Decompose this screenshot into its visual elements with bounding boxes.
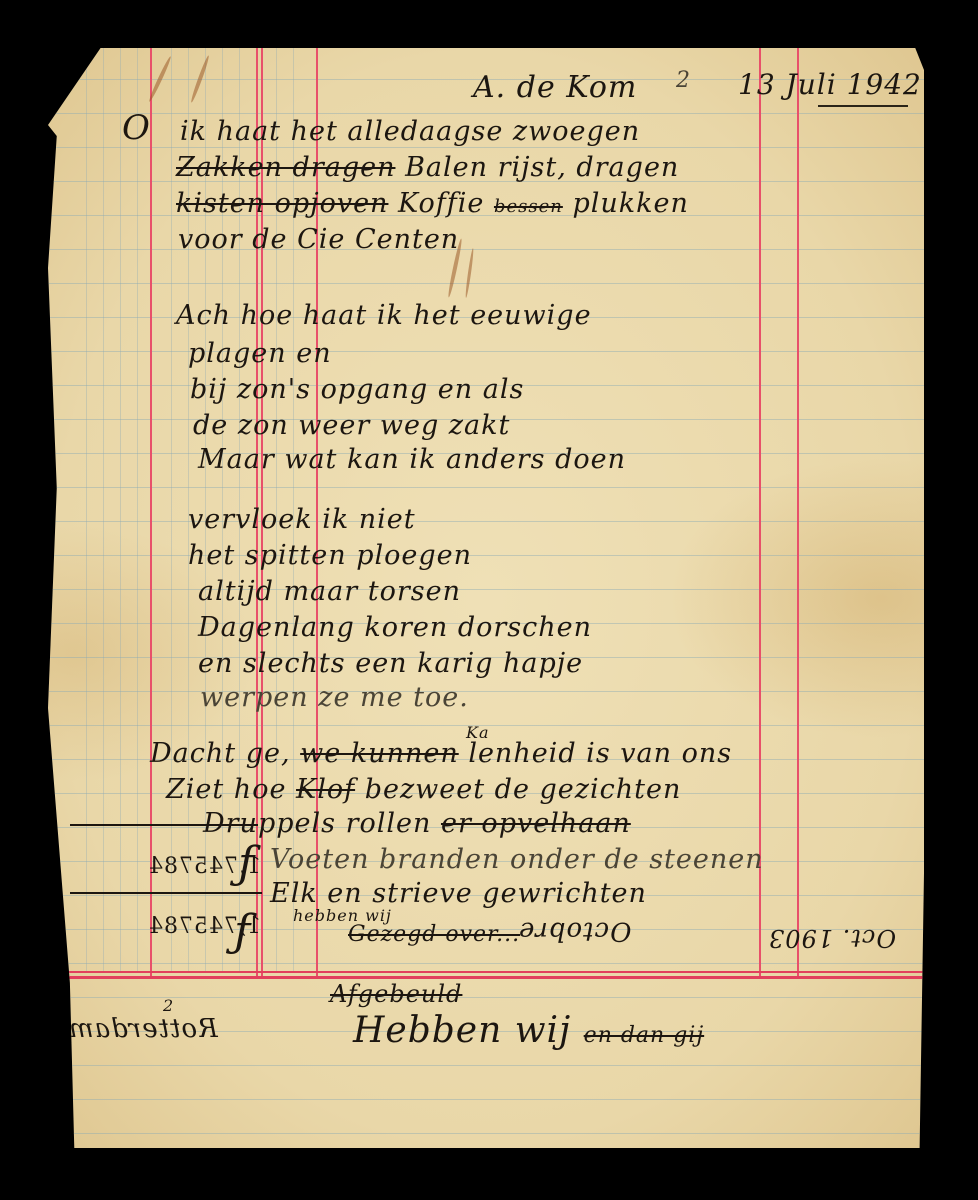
poem-line: Ziet hoe Klof bezweet de gezichten [166, 774, 681, 805]
ruled-line [48, 147, 924, 148]
red-margin-line [150, 48, 152, 977]
upside-down-text: Oct. 1903 [768, 924, 896, 952]
grid-line [86, 48, 87, 972]
red-total-line [48, 976, 924, 979]
ruled-line [48, 555, 924, 556]
ruled-line [48, 487, 924, 488]
ruled-line [48, 997, 924, 998]
poem-line: werpen ze me toe. [200, 682, 469, 713]
red-total-line [48, 971, 924, 973]
line-text: Balen rijst, dragen [405, 152, 679, 183]
struck-text: en dan gij [584, 1023, 704, 1048]
page-number: 2 [676, 68, 691, 93]
ledger-rule [70, 824, 258, 826]
poem-line: voor de Cie Centen [178, 224, 459, 255]
struck-text: bessen [494, 196, 563, 217]
line-text: Koffie [398, 188, 484, 219]
ruled-line [48, 1099, 924, 1100]
poem-line: Ach hoe haat ik het eeuwige [176, 300, 592, 331]
ruled-line [48, 113, 924, 114]
poem-line: en slechts een karig hapje [198, 648, 583, 679]
line-text: Dacht ge, [150, 738, 291, 769]
florin-symbol: ƒ [234, 906, 251, 957]
florin-symbol: ƒ [238, 838, 255, 889]
grid-line [171, 48, 172, 972]
upside-down-text: Octobre [518, 916, 631, 946]
poem-line: Druppels rollen er opvelhaan [203, 808, 631, 839]
ruled-line [48, 691, 924, 692]
poem-line: het spitten ploegen [188, 540, 472, 571]
struck-text: Zakken dragen [176, 152, 395, 183]
red-margin-line [759, 48, 761, 977]
date-underline [818, 105, 908, 107]
date: 13 Juli 1942 [738, 68, 922, 101]
struck-text: we kunnen [300, 738, 459, 769]
ruled-line [48, 589, 924, 590]
manuscript-page: A. de Kom 2 13 Juli 1942 O ik haat het a… [48, 48, 924, 1148]
line-text: lenheid is van ons [468, 738, 732, 769]
ruled-line [48, 351, 924, 352]
grid-line [103, 48, 104, 972]
poem-line: de zon weer weg zakt [193, 410, 510, 441]
poem-line: Dacht ge, we kunnen lenheid is van ons [150, 738, 732, 769]
struck-text: Klof [296, 774, 355, 805]
grid-line [120, 48, 121, 972]
mirrored-word: Rotterdam [68, 1014, 218, 1044]
margin-mark: O [122, 108, 151, 148]
red-margin-line [797, 48, 799, 977]
poem-line: ik haat het alledaagse zwoegen [180, 116, 640, 147]
poem-line: bij zon's opgang en als [190, 374, 524, 405]
poem-line: plagen en [188, 338, 332, 369]
ruled-line [48, 283, 924, 284]
poem-line: Elk en strieve gewrichten [270, 878, 647, 909]
footnote-marker: 2 [163, 996, 174, 1015]
line-text: plukken [572, 188, 688, 219]
ruled-line [48, 1133, 924, 1134]
ruled-line [48, 1065, 924, 1066]
line-text: Ziet hoe [166, 774, 286, 805]
poem-line: altijd maar torsen [198, 576, 461, 607]
ledger-rule [70, 892, 262, 894]
poem-line: vervloek ik niet [188, 504, 416, 535]
ruled-line [48, 963, 924, 964]
grid-line [137, 48, 138, 972]
struck-text: kisten opjoven [176, 188, 388, 219]
poem-line: Voeten branden onder de steenen [270, 844, 764, 875]
line-text: bezweet de gezichten [365, 774, 682, 805]
struck-line: Gezegd over... [348, 922, 520, 947]
struck-word: Afgebeuld [330, 980, 462, 1008]
struck-text: er opvelhaan [441, 808, 631, 839]
ruled-line [48, 521, 924, 522]
poem-line: Maar wat kan ik anders doen [198, 444, 626, 475]
poem-line: Zakken dragen Balen rijst, dragen [176, 152, 679, 183]
poem-line: Dagenlang koren dorschen [198, 612, 592, 643]
footer-text: Hebben wij en dan gij [353, 1010, 704, 1051]
ink-stain [465, 248, 475, 298]
poem-line: kisten opjoven Koffie bessen plukken [176, 188, 689, 219]
author-name: A. de Kom [473, 70, 637, 105]
